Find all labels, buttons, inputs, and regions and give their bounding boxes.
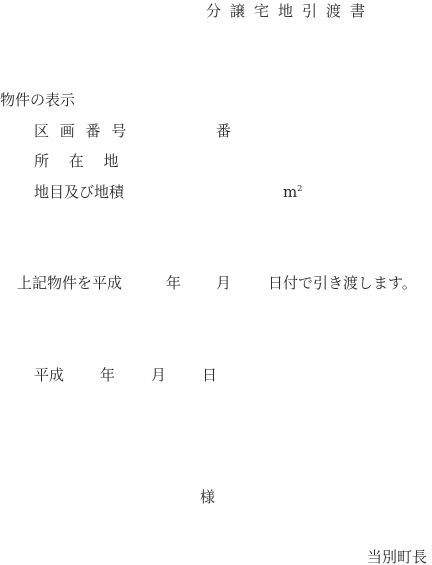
land-category-area-label: 地目及び地積 — [34, 183, 124, 201]
date-month: 月 — [151, 366, 166, 384]
area-unit: m2 — [283, 183, 302, 201]
section-heading: 物件の表示 — [0, 91, 75, 109]
recipient-honorific: 様 — [200, 488, 215, 506]
lot-number-label: 区 画 番 号 — [34, 122, 129, 140]
date-era: 平成 — [34, 366, 64, 384]
statement-prefix: 上記物件を平成 — [17, 274, 122, 292]
statement-month: 月 — [216, 274, 231, 292]
issuer: 当別町長 — [367, 548, 427, 565]
lot-number-unit: 番 — [216, 122, 231, 140]
date-day: 日 — [202, 366, 217, 384]
location-label: 所 在 地 — [34, 152, 119, 170]
statement-suffix: 日付で引き渡します。 — [268, 274, 417, 292]
date-year: 年 — [100, 366, 115, 384]
statement-year: 年 — [166, 274, 181, 292]
document-title: 分譲宅地引渡書 — [206, 2, 374, 20]
